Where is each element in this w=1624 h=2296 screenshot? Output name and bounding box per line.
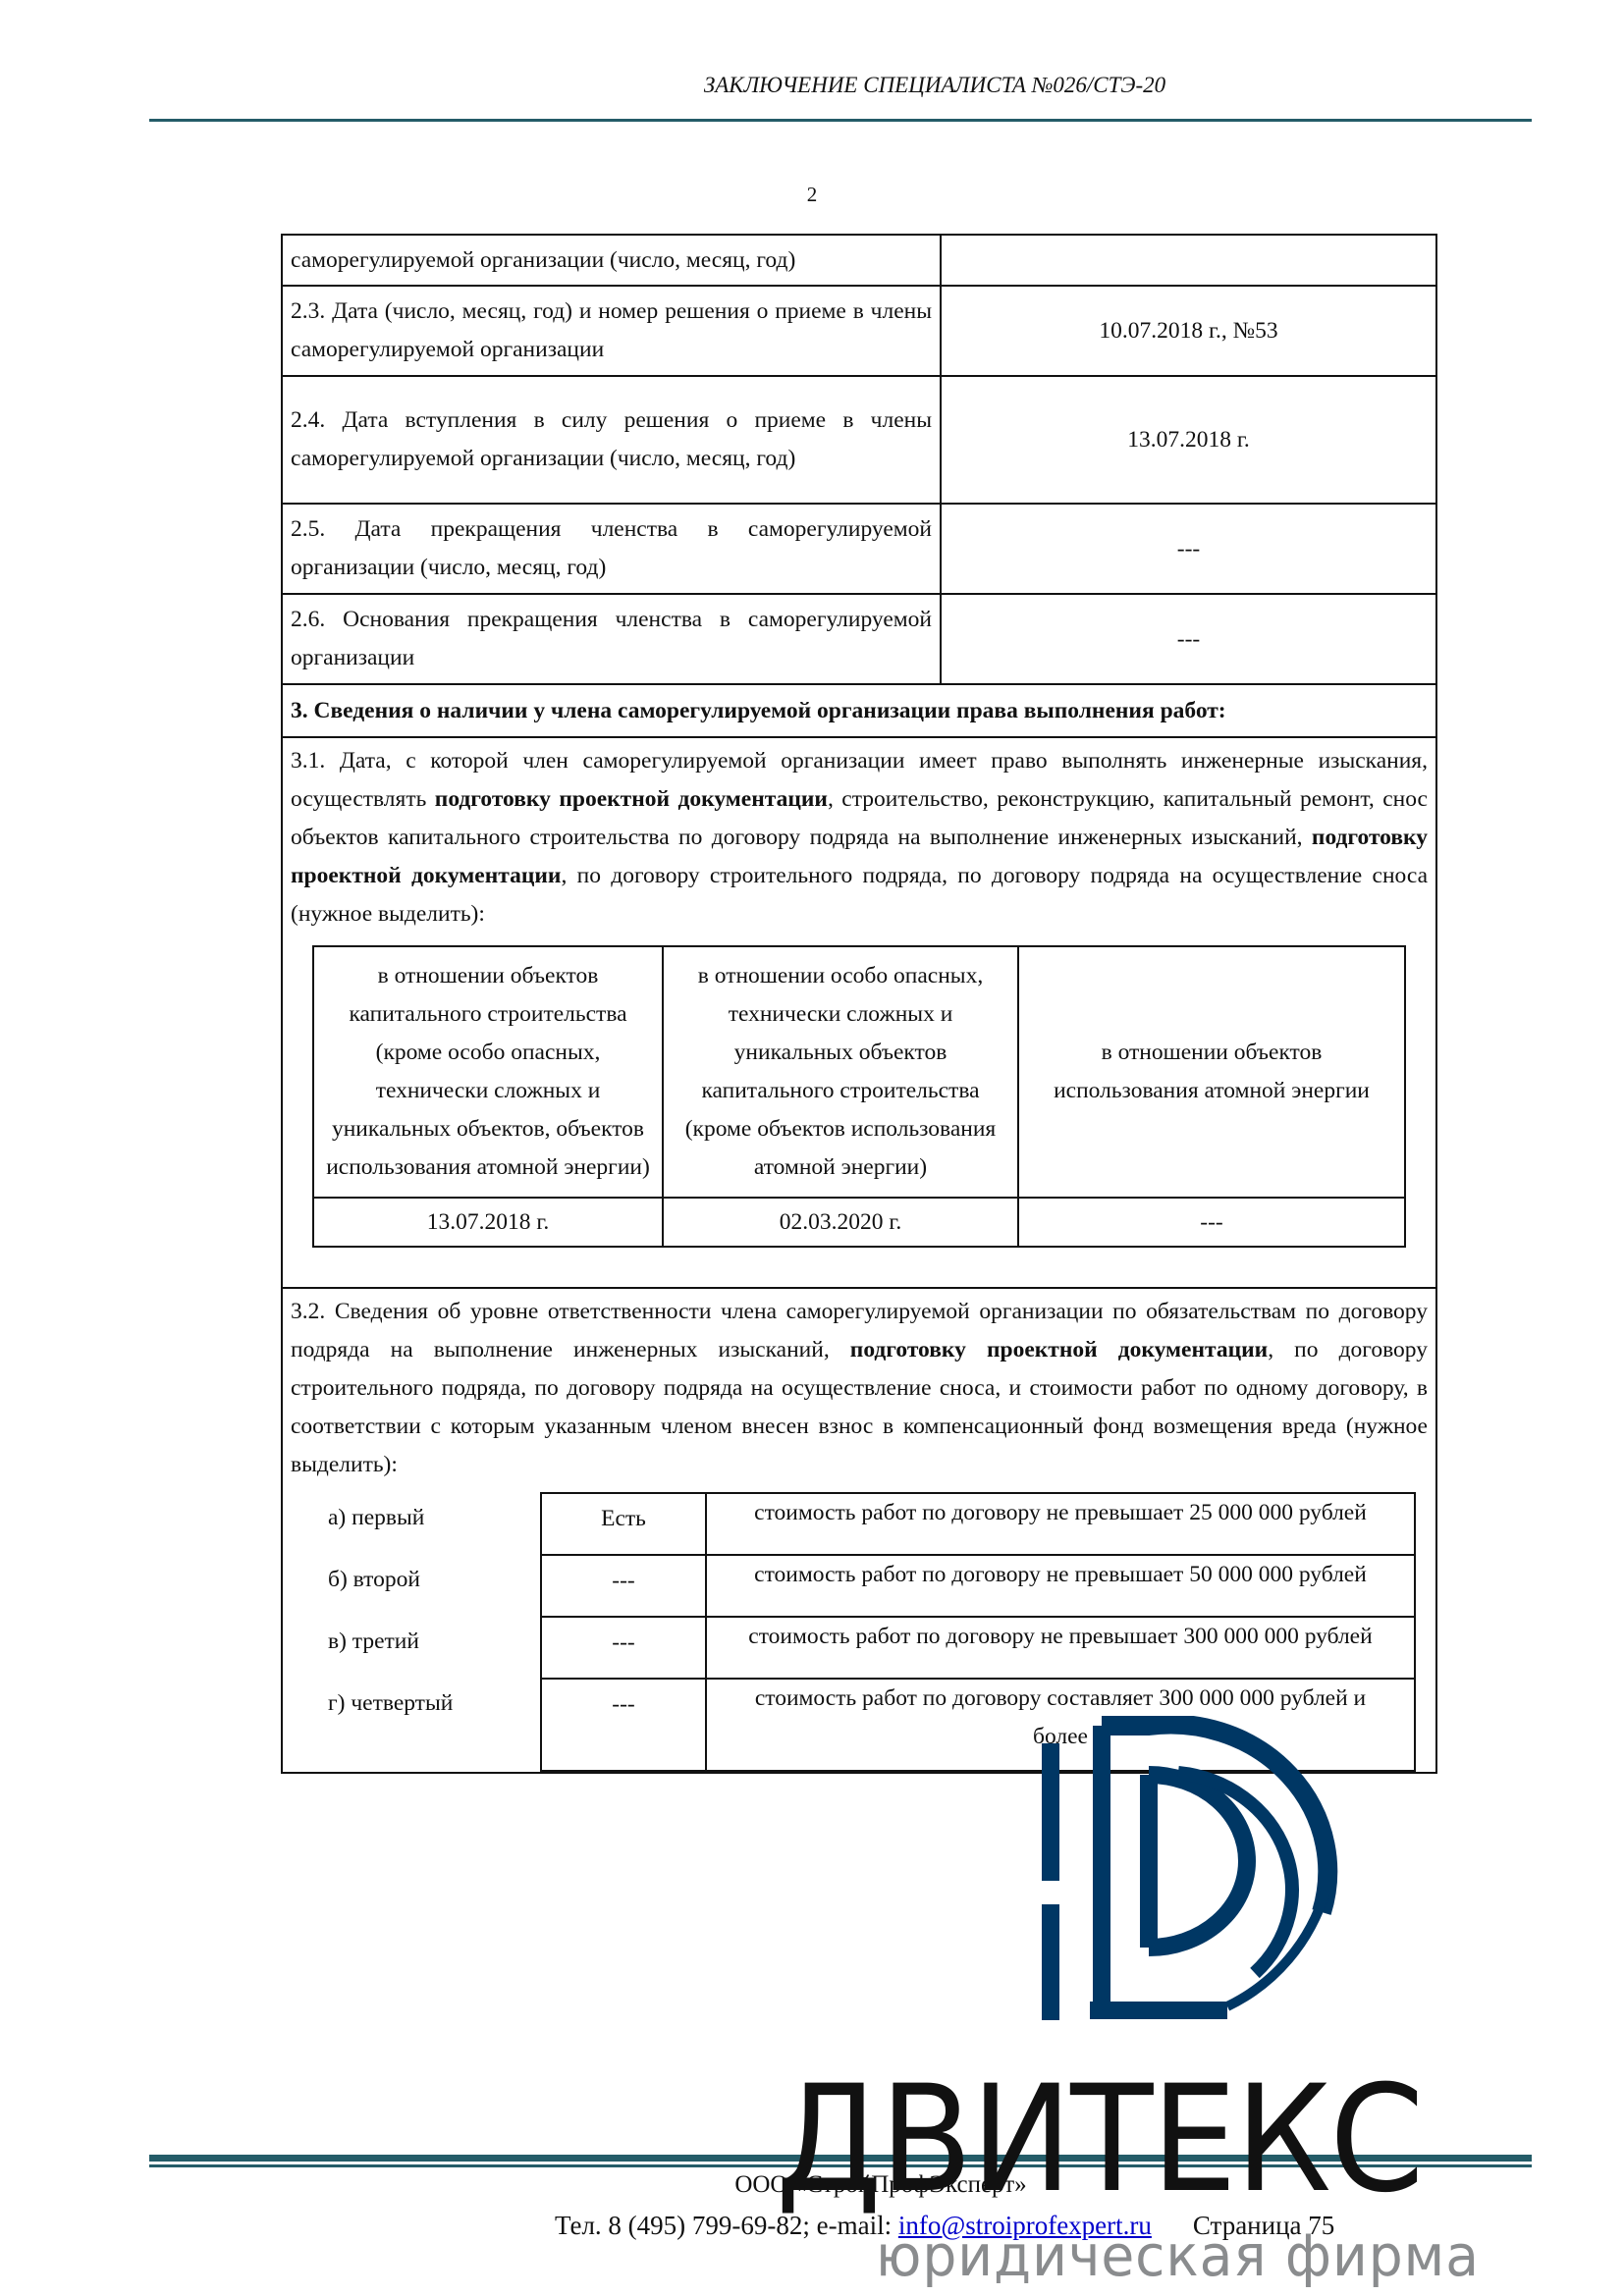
watermark-brand: ДВИТЕКС	[776, 2066, 1423, 2214]
row-value: 10.07.2018 г., №53	[941, 286, 1436, 376]
registry-extract-table: саморегулируемой организации (число, мес…	[281, 234, 1437, 1774]
row-value: 13.07.2018 г.	[941, 376, 1436, 504]
row-value	[941, 235, 1436, 286]
row-label: 2.6. Основания прекращения членства в са…	[282, 594, 941, 684]
section-3-2-row: 3.2. Сведения об уровне ответственности …	[282, 1288, 1436, 1773]
table-row: 2.3. Дата (число, месяц, год) и номер ре…	[282, 286, 1436, 376]
dvitex-logo-icon	[1031, 1716, 1355, 2020]
watermark-subtitle: юридическая фирма	[876, 2226, 1480, 2285]
level-value: ---	[541, 1555, 706, 1617]
cell-value: 13.07.2018 г.	[313, 1198, 663, 1247]
column-header: в отношении особо опасных, технически сл…	[663, 946, 1018, 1198]
table-row: б) второй --- стоимость работ по договор…	[291, 1555, 1415, 1617]
header-rule	[149, 119, 1532, 122]
row-label: 2.5. Дата прекращения членства в саморег…	[282, 504, 941, 594]
page-number: 2	[0, 183, 1624, 207]
table-row: 2.4. Дата вступления в силу решения о пр…	[282, 376, 1436, 504]
table-row: а) первый Есть стоимость работ по догово…	[291, 1493, 1415, 1555]
table-row: в) третий --- стоимость работ по договор…	[291, 1617, 1415, 1679]
section-3-1-row: 3.1. Дата, с которой член саморегулируем…	[282, 737, 1436, 1288]
row-value: ---	[941, 504, 1436, 594]
row-label: 2.3. Дата (число, месяц, год) и номер ре…	[282, 286, 941, 376]
column-header: в отношении объектов капитального строит…	[313, 946, 663, 1198]
level-label: а) первый	[291, 1493, 541, 1555]
cell-value: ---	[1018, 1198, 1405, 1247]
cell-value: 02.03.2020 г.	[663, 1198, 1018, 1247]
table-row: 2.6. Основания прекращения членства в са…	[282, 594, 1436, 684]
level-description: стоимость работ по договору не превышает…	[706, 1493, 1415, 1555]
permission-dates-table: в отношении объектов капитального строит…	[312, 945, 1406, 1248]
document-header-title: ЗАКЛЮЧЕНИЕ СПЕЦИАЛИСТА №026/СТЭ-20	[0, 73, 1624, 98]
level-label: в) третий	[291, 1617, 541, 1679]
section-3-heading: 3. Сведения о наличии у члена саморегули…	[282, 684, 1436, 737]
section-3-1-text: 3.1. Дата, с которой член саморегулируем…	[291, 742, 1428, 934]
table-row: в отношении объектов капитального строит…	[313, 946, 1405, 1198]
section-heading-row: 3. Сведения о наличии у члена саморегули…	[282, 684, 1436, 737]
level-value: Есть	[541, 1493, 706, 1555]
level-label: б) второй	[291, 1555, 541, 1617]
row-label: 2.4. Дата вступления в силу решения о пр…	[282, 376, 941, 504]
level-value: ---	[541, 1679, 706, 1771]
level-description: стоимость работ по договору не превышает…	[706, 1617, 1415, 1679]
level-value: ---	[541, 1617, 706, 1679]
table-row: 13.07.2018 г. 02.03.2020 г. ---	[313, 1198, 1405, 1247]
table-row: 2.5. Дата прекращения членства в саморег…	[282, 504, 1436, 594]
row-value: ---	[941, 594, 1436, 684]
level-description: стоимость работ по договору не превышает…	[706, 1555, 1415, 1617]
column-header: в отношении объектов использования атомн…	[1018, 946, 1405, 1198]
row-label: саморегулируемой организации (число, мес…	[282, 235, 941, 286]
section-3-2-text: 3.2. Сведения об уровне ответственности …	[291, 1293, 1428, 1484]
table-row: саморегулируемой организации (число, мес…	[282, 235, 1436, 286]
level-label: г) четвертый	[291, 1679, 541, 1771]
